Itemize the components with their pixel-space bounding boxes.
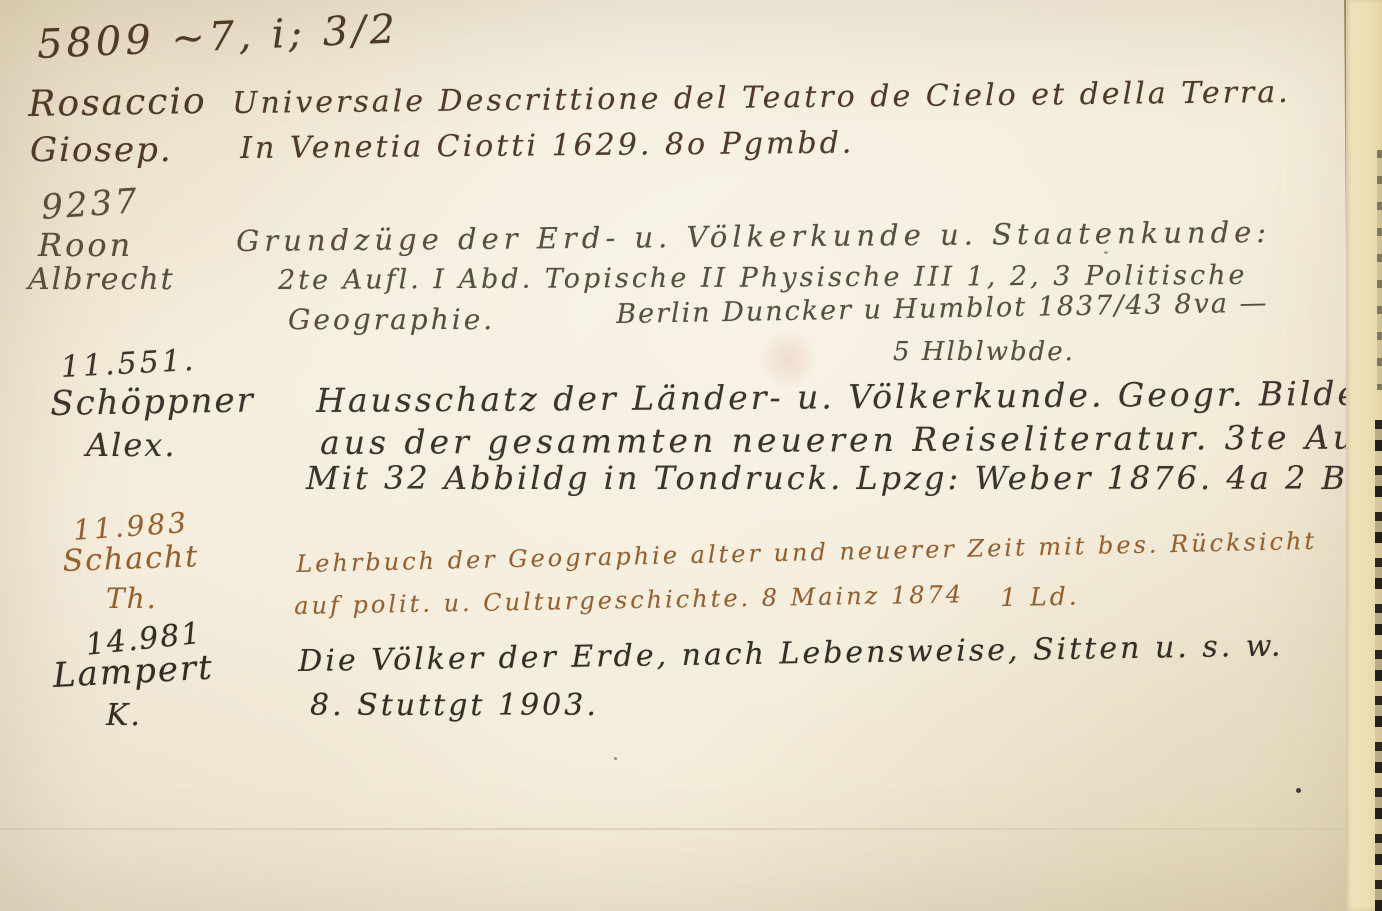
manuscript-page: 5809 ~7, i; 3/2 Rosaccio Giosep. Univers… xyxy=(0,0,1382,911)
ink-dot xyxy=(614,757,617,760)
book-edge-marks-upper xyxy=(1377,150,1382,390)
author-forename-2: Albrecht xyxy=(28,262,175,297)
catalog-number-1: 5809 ~7, i; 3/2 xyxy=(36,6,400,68)
entry-2-imprint: Berlin Duncker u Humblot 1837/43 8va — xyxy=(616,288,1269,330)
entry-5-title-line-1: Die Völker der Erde, nach Lebensweise, S… xyxy=(298,629,1284,679)
entry-1-title-line-1: Universale Descrittione del Teatro de Ci… xyxy=(232,75,1291,121)
entry-2-title-line-3-left: Geographie. xyxy=(288,303,495,336)
catalog-number-2: 9237 xyxy=(40,181,141,228)
author-forename-1: Giosep. xyxy=(30,130,173,170)
author-surname-1: Rosaccio xyxy=(28,81,207,125)
entry-4-title-line-2: auf polit. u. Culturgeschichte. 8 Mainz … xyxy=(294,580,964,620)
entry-3-title-line-1: Hausschatz der Länder- u. Völkerkunde. G… xyxy=(316,374,1379,420)
entry-1-title-line-2: In Venetia Ciotti 1629. 8o Pgmbd. xyxy=(240,126,855,166)
book-edge-marks xyxy=(1375,420,1382,911)
author-surname-5: Lampert xyxy=(52,648,215,696)
author-forename-4: Th. xyxy=(106,582,158,615)
author-forename-5: K. xyxy=(106,698,142,733)
author-forename-3: Alex. xyxy=(86,426,177,464)
entry-2-title-line-1: Grundzüge der Erd- u. Völkerkunde u. Sta… xyxy=(236,215,1271,258)
author-surname-4: Schacht xyxy=(62,539,200,579)
entry-5-imprint: 8. Stuttgt 1903. xyxy=(310,688,599,723)
entry-4-binding-note: 1 Ld. xyxy=(1000,582,1080,612)
author-surname-3: Schöppner xyxy=(50,380,255,424)
entry-3-imprint: Mit 32 Abbildg in Tondruck. Lpzg: Weber … xyxy=(306,459,1382,497)
ink-dot xyxy=(1104,251,1108,254)
ink-dot xyxy=(1296,788,1301,793)
catalog-number-3: 11.551. xyxy=(60,343,197,385)
red-ink-smudge xyxy=(756,330,820,388)
entry-3-title-line-2: aus der gesammten neueren Reiseliteratur… xyxy=(320,417,1382,462)
author-surname-2: Roon xyxy=(38,226,133,264)
horizontal-fold-shadow xyxy=(0,828,1344,830)
entry-4-title-line-1: Lehrbuch der Geographie alter und neuere… xyxy=(296,527,1317,578)
entry-2-binding-note: 5 Hlblwbde. xyxy=(893,337,1075,367)
